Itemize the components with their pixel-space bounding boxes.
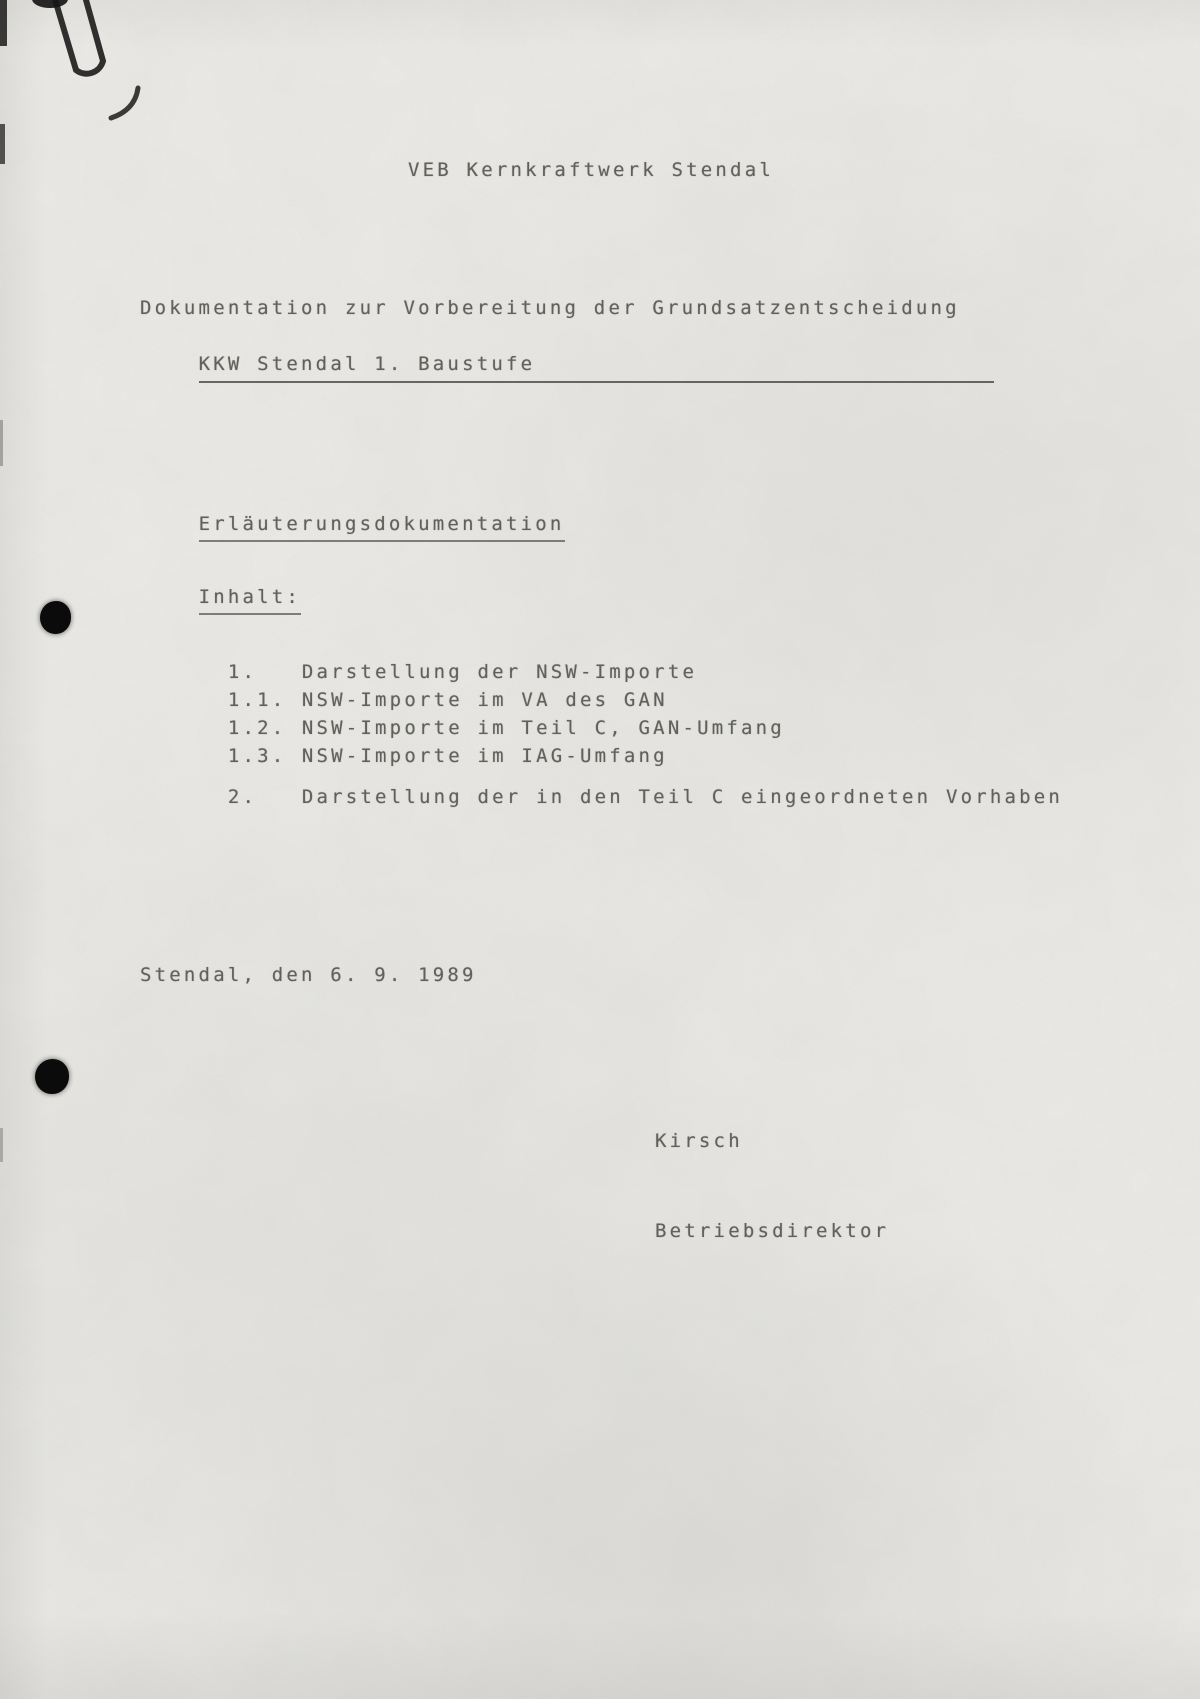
toc-item-label: NSW-Importe im IAG-Umfang (302, 745, 668, 767)
scan-shading (0, 0, 1200, 1699)
toc-item-number: 1.3. (228, 742, 302, 770)
signature-role: Betriebsdirektor (655, 1216, 889, 1246)
punch-hole (35, 1059, 69, 1094)
doc-title-line2: KKW Stendal 1. Baustufe (199, 352, 994, 383)
punch-hole (40, 601, 71, 634)
scan-edge-mark (0, 124, 5, 164)
org-title: VEB Kernkraftwerk Stendal (408, 158, 774, 182)
toc-item-number: 1.1. (228, 686, 302, 714)
dateline: Stendal, den 6. 9. 1989 (140, 963, 477, 987)
doc-title-line1: Dokumentation zur Vorbereitung der Grund… (140, 296, 960, 320)
scan-edge-mark (0, 420, 3, 466)
toc-item-number: 2. (228, 783, 302, 811)
toc-item-label: NSW-Importe im Teil C, GAN-Umfang (302, 717, 785, 739)
scanned-document-page: VEB Kernkraftwerk Stendal Dokumentation … (0, 0, 1200, 1699)
scan-edge-mark (0, 1128, 3, 1162)
paperclip-icon (28, 0, 158, 134)
toc-heading: Inhalt: (199, 585, 301, 615)
toc-item: 1.Darstellung der NSW-Importe (140, 630, 1063, 658)
signature-block: Kirsch Betriebsdirektor (655, 1066, 889, 1306)
toc-item-number: 1. (228, 658, 302, 686)
toc-item-label: NSW-Importe im VA des GAN (302, 689, 668, 711)
section-heading: Erläuterungsdokumentation (199, 512, 565, 542)
paper-texture (0, 0, 1200, 1699)
toc-item-number: 1.2. (228, 714, 302, 742)
toc-item-label: Darstellung der NSW-Importe (302, 661, 697, 683)
table-of-contents: 1.Darstellung der NSW-Importe 1.1.NSW-Im… (140, 630, 1063, 783)
scan-edge-mark (0, 0, 7, 46)
toc-item-label: Darstellung der in den Teil C eingeordne… (302, 786, 1063, 808)
signature-name: Kirsch (655, 1126, 889, 1156)
